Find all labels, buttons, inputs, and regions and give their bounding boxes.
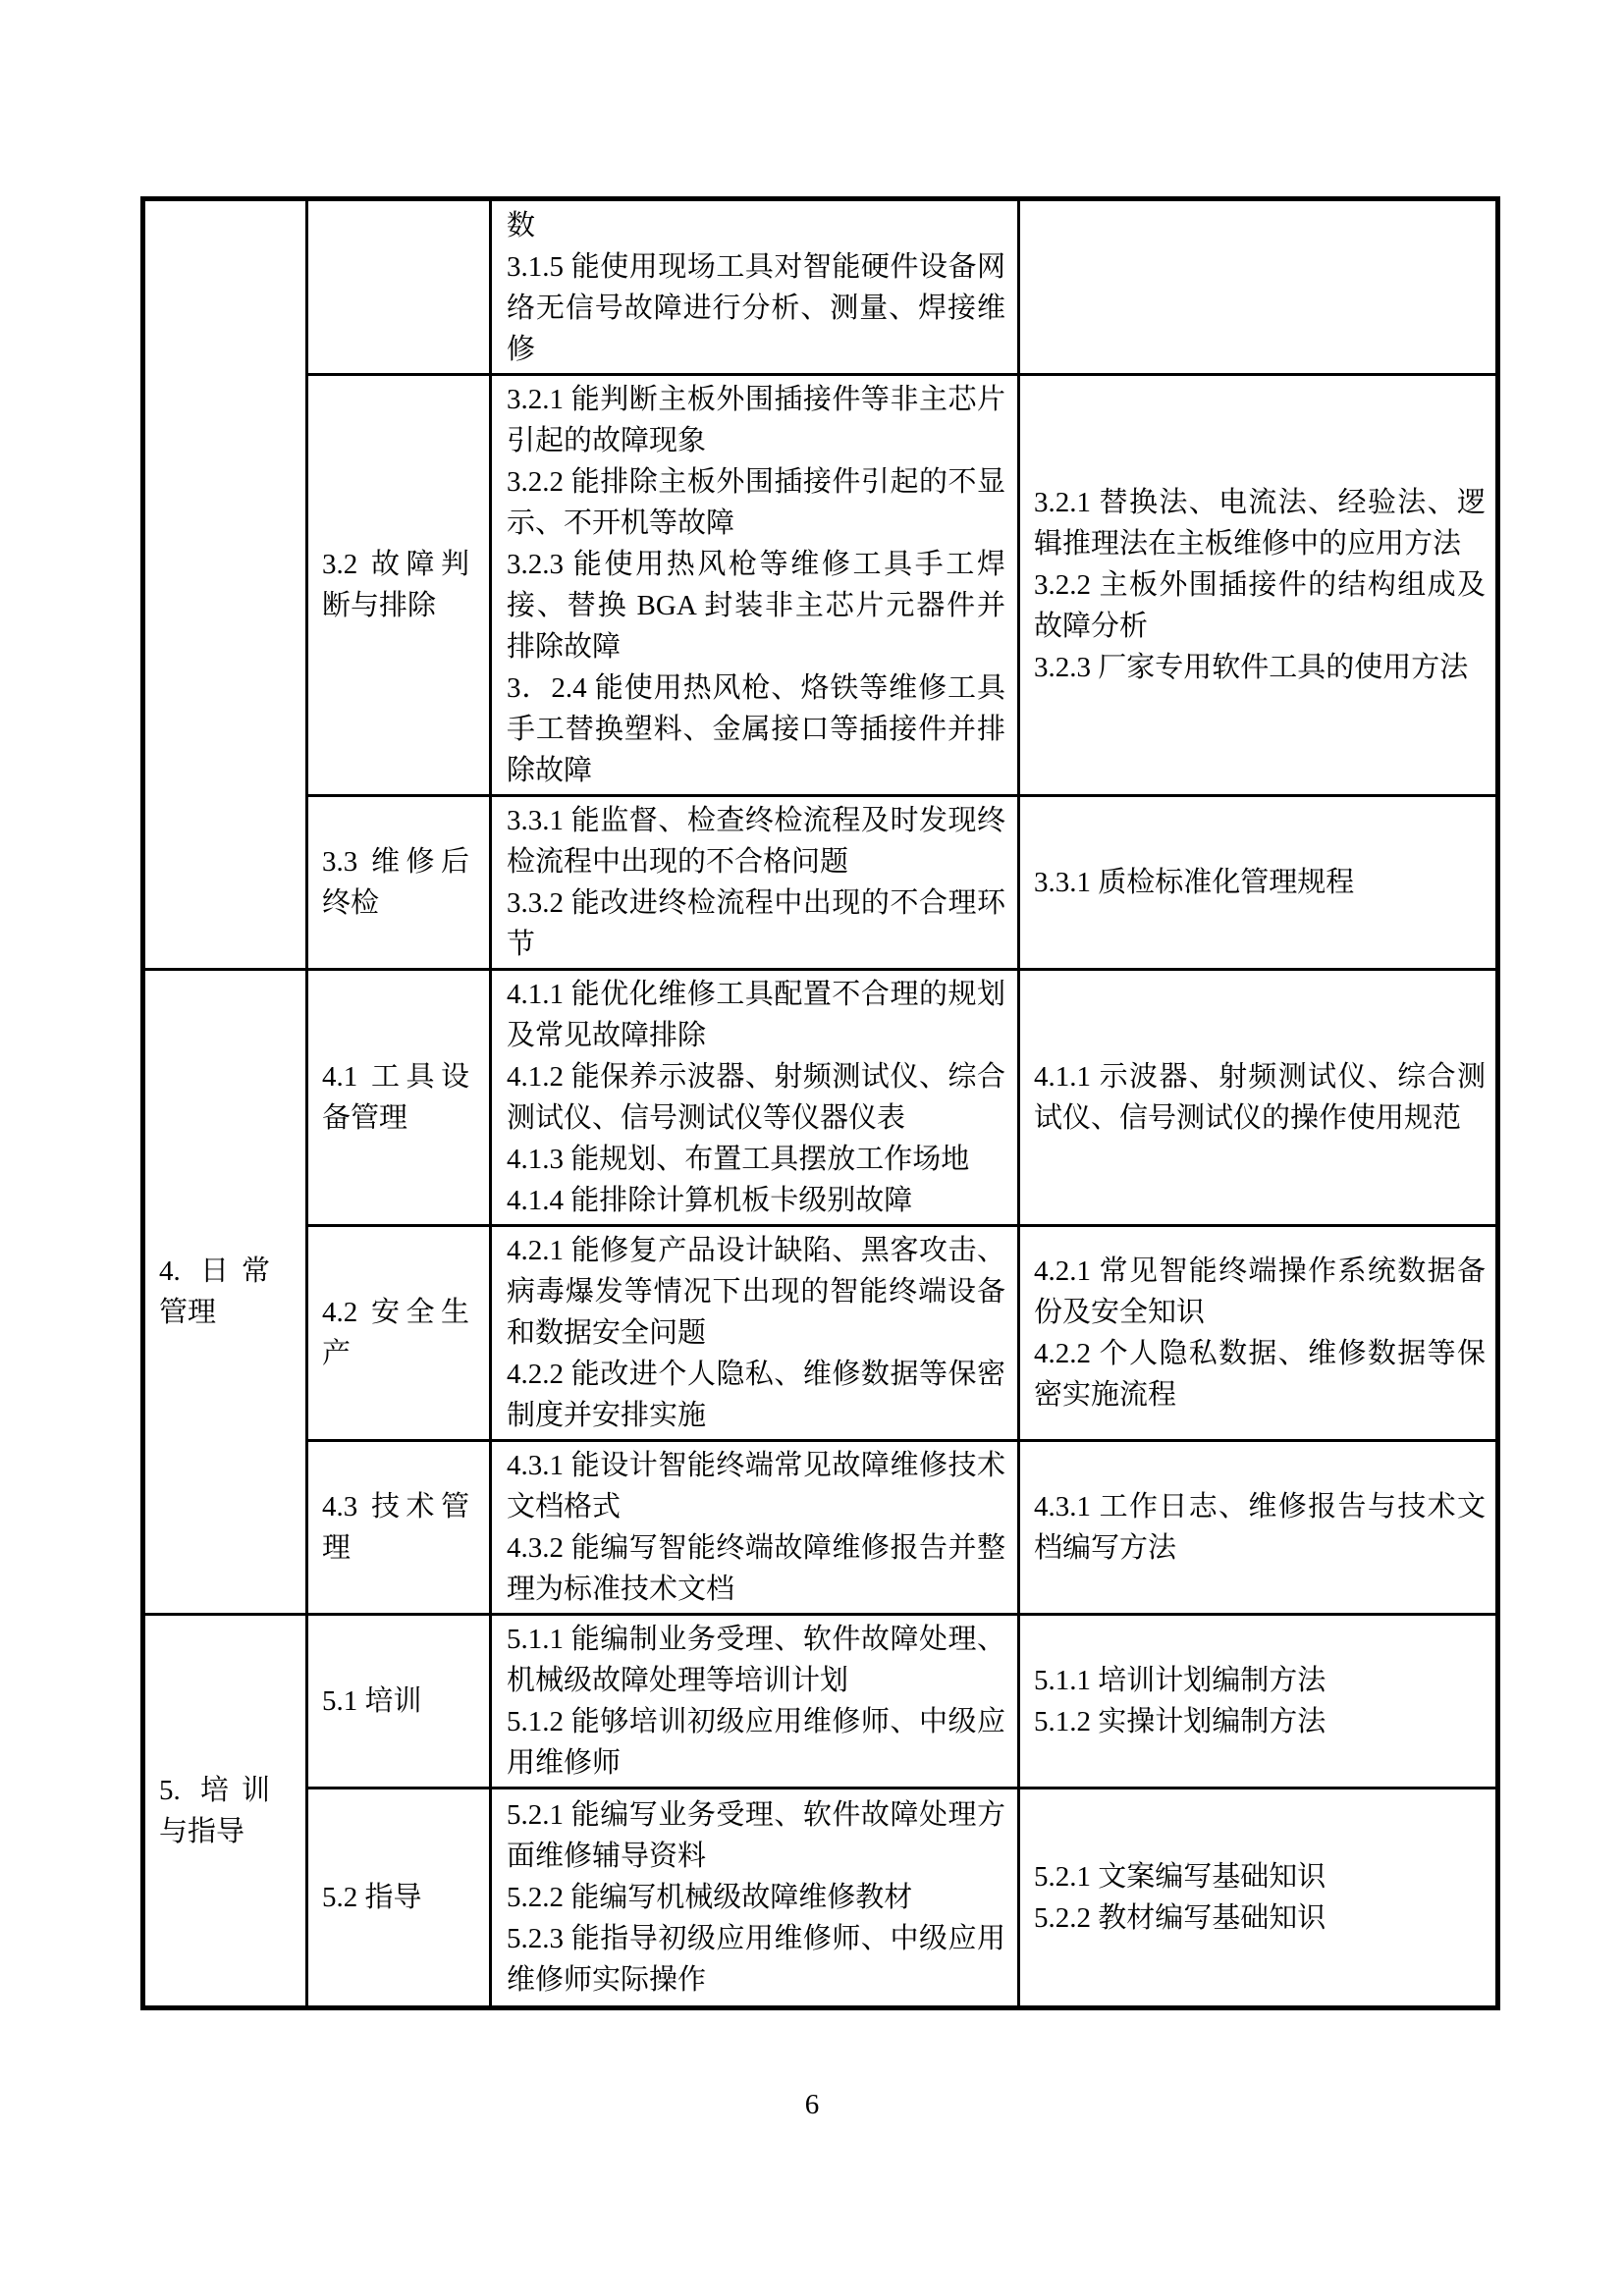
task-label: 3.3 维修后终检 [322, 841, 469, 924]
table-row: 4. 日常管理 4.1 工具设备管理 4.1.1 能优化维修工具配置不合理的规划… [143, 970, 1498, 1226]
skill-item: 4.2.1 能修复产品设计缺陷、黑客攻击、病毒爆发等情况下出现的智能终端设备和数… [507, 1230, 1005, 1354]
skill-item: 3.3.1 能监督、检查终检流程及时发现终检流程中出现的不合格问题 [507, 800, 1005, 882]
task-label: 4.3 技术管理 [322, 1486, 469, 1569]
skill-cell-4-3: 4.3.1 能设计智能终端常见故障维修技术文档格式 4.3.2 能编写智能终端故… [491, 1441, 1019, 1615]
skill-cell-5-1: 5.1.1 能编制业务受理、软件故障处理、机械级故障处理等培训计划 5.1.2 … [491, 1615, 1019, 1789]
task-label: 5.1 培训 [322, 1681, 469, 1722]
table-row: 数 3.1.5 能使用现场工具对智能硬件设备网络无信号故障进行分析、测量、焊接维… [143, 199, 1498, 375]
task-cell-5-2: 5.2 指导 [307, 1789, 491, 2008]
knowledge-item: 5.1.1 培训计划编制方法 [1034, 1660, 1486, 1701]
knowledge-item: 3.2.1 替换法、电流法、经验法、逻辑推理法在主板维修中的应用方法 [1034, 482, 1486, 564]
task-cell-3-3: 3.3 维修后终检 [307, 796, 491, 970]
knowledge-item: 5.2.1 文案编写基础知识 [1034, 1856, 1486, 1897]
task-label: 3.2 故障判断与排除 [322, 544, 469, 626]
skill-cell-5-2: 5.2.1 能编写业务受理、软件故障处理方面维修辅导资料 5.2.2 能编写机械… [491, 1789, 1019, 2008]
task-label: 4.1 工具设备管理 [322, 1056, 469, 1139]
skill-item: 5.2.3 能指导初级应用维修师、中级应用维修师实际操作 [507, 1918, 1005, 2001]
skill-item: 4.1.2 能保养示波器、射频测试仪、综合测试仪、信号测试仪等仪器仪表 [507, 1056, 1005, 1139]
table-row: 5.2 指导 5.2.1 能编写业务受理、软件故障处理方面维修辅导资料 5.2.… [143, 1789, 1498, 2008]
knowledge-cell-3-3: 3.3.1 质检标准化管理规程 [1019, 796, 1498, 970]
skill-item: 4.3.2 能编写智能终端故障维修报告并整理为标准技术文档 [507, 1527, 1005, 1610]
table-row: 5. 培训与指导 5.1 培训 5.1.1 能编制业务受理、软件故障处理、机械级… [143, 1615, 1498, 1789]
skill-item: 4.1.1 能优化维修工具配置不合理的规划及常见故障排除 [507, 974, 1005, 1056]
occupational-skill-table: 数 3.1.5 能使用现场工具对智能硬件设备网络无信号故障进行分析、测量、焊接维… [140, 196, 1500, 2010]
table-row: 3.3 维修后终检 3.3.1 能监督、检查终检流程及时发现终检流程中出现的不合… [143, 796, 1498, 970]
knowledge-cell-3-2: 3.2.1 替换法、电流法、经验法、逻辑推理法在主板维修中的应用方法 3.2.2… [1019, 375, 1498, 796]
skill-item: 5.1.2 能够培训初级应用维修师、中级应用维修师 [507, 1701, 1005, 1784]
knowledge-item: 5.2.2 教材编写基础知识 [1034, 1897, 1486, 1939]
knowledge-cell-4-2: 4.2.1 常见智能终端操作系统数据备份及安全知识 4.2.2 个人隐私数据、维… [1019, 1226, 1498, 1441]
skill-item: 3.1.5 能使用现场工具对智能硬件设备网络无信号故障进行分析、测量、焊接维修 [507, 246, 1005, 370]
skill-cell-4-1: 4.1.1 能优化维修工具配置不合理的规划及常见故障排除 4.1.2 能保养示波… [491, 970, 1019, 1226]
task-cell-4-3: 4.3 技术管理 [307, 1441, 491, 1615]
skill-item: 4.2.2 能改进个人隐私、维修数据等保密制度并安排实施 [507, 1354, 1005, 1436]
skill-item: 3.2.1 能判断主板外围插接件等非主芯片引起的故障现象 [507, 379, 1005, 461]
table-row: 4.2 安全生产 4.2.1 能修复产品设计缺陷、黑客攻击、病毒爆发等情况下出现… [143, 1226, 1498, 1441]
task-label: 5.2 指导 [322, 1877, 469, 1918]
knowledge-item: 4.3.1 工作日志、维修报告与技术文档编写方法 [1034, 1486, 1486, 1569]
skill-cell-4-2: 4.2.1 能修复产品设计缺陷、黑客攻击、病毒爆发等情况下出现的智能终端设备和数… [491, 1226, 1019, 1441]
function-label: 4. 日常管理 [159, 1251, 270, 1333]
skill-cell-3-3: 3.3.1 能监督、检查终检流程及时发现终检流程中出现的不合格问题 3.3.2 … [491, 796, 1019, 970]
skill-item: 3.2.2 能排除主板外围插接件引起的不显示、不开机等故障 [507, 461, 1005, 544]
knowledge-item: 5.1.2 实操计划编制方法 [1034, 1701, 1486, 1742]
function-cell-section4: 4. 日常管理 [143, 970, 307, 1615]
skill-item: 5.2.2 能编写机械级故障维修教材 [507, 1877, 1005, 1918]
knowledge-cell-4-3: 4.3.1 工作日志、维修报告与技术文档编写方法 [1019, 1441, 1498, 1615]
skill-item: 4.1.3 能规划、布置工具摆放工作场地 [507, 1139, 1005, 1180]
skill-item: 4.3.1 能设计智能终端常见故障维修技术文档格式 [507, 1445, 1005, 1527]
skill-cell-3-2: 3.2.1 能判断主板外围插接件等非主芯片引起的故障现象 3.2.2 能排除主板… [491, 375, 1019, 796]
skill-item: 4.1.4 能排除计算机板卡级别故障 [507, 1180, 1005, 1221]
page-number: 6 [0, 2087, 1624, 2122]
skill-item: 5.2.1 能编写业务受理、软件故障处理方面维修辅导资料 [507, 1794, 1005, 1877]
knowledge-cell-5-1: 5.1.1 培训计划编制方法 5.1.2 实操计划编制方法 [1019, 1615, 1498, 1789]
skill-item: 3．2.4 能使用热风枪、烙铁等维修工具手工替换塑料、金属接口等插接件并排除故障 [507, 667, 1005, 791]
skill-item: 3.3.2 能改进终检流程中出现的不合理环节 [507, 882, 1005, 965]
function-cell-section5: 5. 培训与指导 [143, 1615, 307, 2008]
knowledge-item: 3.3.1 质检标准化管理规程 [1034, 862, 1486, 903]
task-label: 4.2 安全生产 [322, 1292, 469, 1374]
skill-item: 数 [507, 205, 1005, 246]
function-cell-section3 [143, 199, 307, 970]
task-cell-5-1: 5.1 培训 [307, 1615, 491, 1789]
knowledge-cell-4-1: 4.1.1 示波器、射频测试仪、综合测试仪、信号测试仪的操作使用规范 [1019, 970, 1498, 1226]
knowledge-item: 4.1.1 示波器、射频测试仪、综合测试仪、信号测试仪的操作使用规范 [1034, 1056, 1486, 1139]
knowledge-cell-5-2: 5.2.1 文案编写基础知识 5.2.2 教材编写基础知识 [1019, 1789, 1498, 2008]
knowledge-item: 4.2.2 个人隐私数据、维修数据等保密实施流程 [1034, 1333, 1486, 1415]
task-cell-3-2: 3.2 故障判断与排除 [307, 375, 491, 796]
skill-item: 5.1.1 能编制业务受理、软件故障处理、机械级故障处理等培训计划 [507, 1619, 1005, 1701]
knowledge-item: 4.2.1 常见智能终端操作系统数据备份及安全知识 [1034, 1251, 1486, 1333]
function-label: 5. 培训与指导 [159, 1770, 270, 1852]
task-cell-4-1: 4.1 工具设备管理 [307, 970, 491, 1226]
knowledge-item: 3.2.3 厂家专用软件工具的使用方法 [1034, 647, 1486, 688]
task-cell-3-1 [307, 199, 491, 375]
skill-cell-3-1: 数 3.1.5 能使用现场工具对智能硬件设备网络无信号故障进行分析、测量、焊接维… [491, 199, 1019, 375]
table-row: 4.3 技术管理 4.3.1 能设计智能终端常见故障维修技术文档格式 4.3.2… [143, 1441, 1498, 1615]
skill-item: 3.2.3 能使用热风枪等维修工具手工焊接、替换 BGA 封装非主芯片元器件并排… [507, 544, 1005, 667]
knowledge-cell-3-1 [1019, 199, 1498, 375]
knowledge-item: 3.2.2 主板外围插接件的结构组成及故障分析 [1034, 564, 1486, 647]
task-cell-4-2: 4.2 安全生产 [307, 1226, 491, 1441]
table-row: 3.2 故障判断与排除 3.2.1 能判断主板外围插接件等非主芯片引起的故障现象… [143, 375, 1498, 796]
document-page: 数 3.1.5 能使用现场工具对智能硬件设备网络无信号故障进行分析、测量、焊接维… [0, 0, 1624, 2296]
